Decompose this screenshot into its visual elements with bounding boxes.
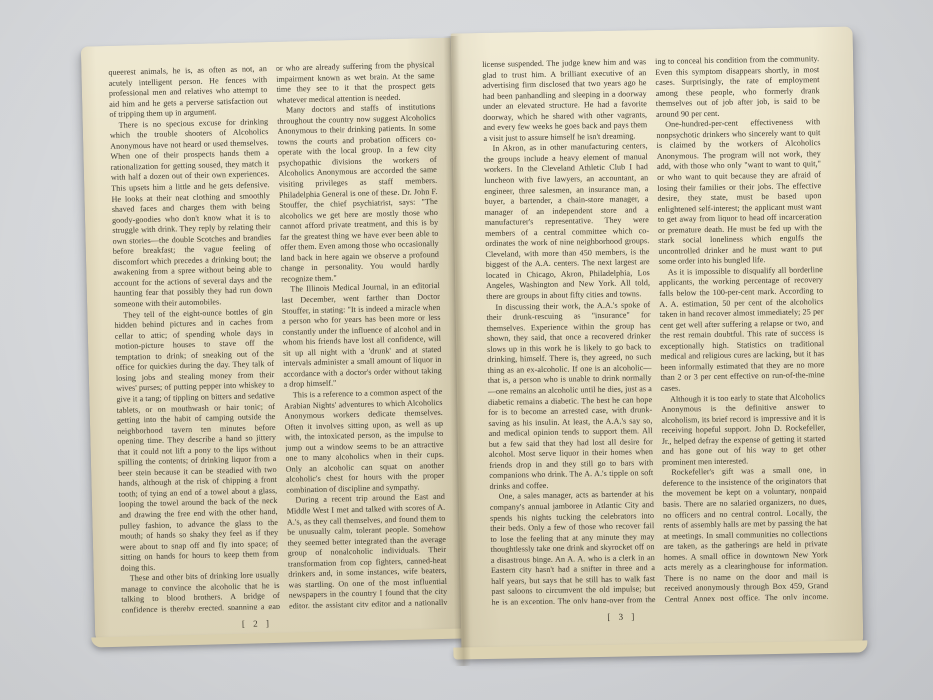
paragraph: or who are already suffering from the ph… xyxy=(276,60,435,106)
paragraph: One, a sales manager, acts as bartender … xyxy=(490,490,656,605)
paragraph: queerest animals, he is, as often as not… xyxy=(108,64,268,121)
left-page-content: queerest animals, he is, as often as not… xyxy=(81,38,465,643)
paragraph: As it is impossible to disqualify all bo… xyxy=(659,265,825,394)
paragraph: Rockefeller's gift was a small one, in d… xyxy=(662,465,828,602)
paragraph: They tell of the eight-ounce bottles of … xyxy=(114,307,279,574)
right-page-content: license suspended. The judge knew him an… xyxy=(451,27,864,654)
right-page: license suspended. The judge knew him an… xyxy=(451,27,864,654)
paragraph: Although it is too early to state that A… xyxy=(661,392,826,469)
paragraph: license suspended. The judge knew him an… xyxy=(482,57,647,144)
left-page-column-2: or who are already suffering from the ph… xyxy=(276,60,448,609)
paragraph: There is no specious excuse for drinking… xyxy=(110,117,273,311)
paragraph: Many doctors and staffs of institutions … xyxy=(277,102,440,285)
paragraph: These and other bits of drinking lore us… xyxy=(121,570,280,613)
left-page-column-1: queerest animals, he is, as often as not… xyxy=(108,64,280,613)
left-page-number: [ 2 ] xyxy=(94,614,420,632)
paragraph: One-hundred-per-cent effectiveness with … xyxy=(656,117,823,267)
open-booklet: queerest animals, he is, as often as not… xyxy=(86,28,858,660)
right-page-column-1: license suspended. The judge knew him an… xyxy=(482,57,655,605)
paragraph: This is a reference to a common aspect o… xyxy=(284,387,445,496)
paragraph: During a recent trip around the East and… xyxy=(286,492,447,608)
left-page: queerest animals, he is, as often as not… xyxy=(81,38,465,643)
right-page-number: [ 3 ] xyxy=(454,609,791,625)
paragraph: ing to conceal his condition from the co… xyxy=(655,54,820,120)
right-page-column-2: ing to conceal his condition from the co… xyxy=(655,54,828,602)
paragraph: In discussing their work, the A.A.'s spo… xyxy=(486,300,653,493)
paragraph: In Akron, as in other manufacturing cent… xyxy=(484,142,651,303)
paragraph: The Illinois Medical Journal, in an edit… xyxy=(281,281,442,390)
